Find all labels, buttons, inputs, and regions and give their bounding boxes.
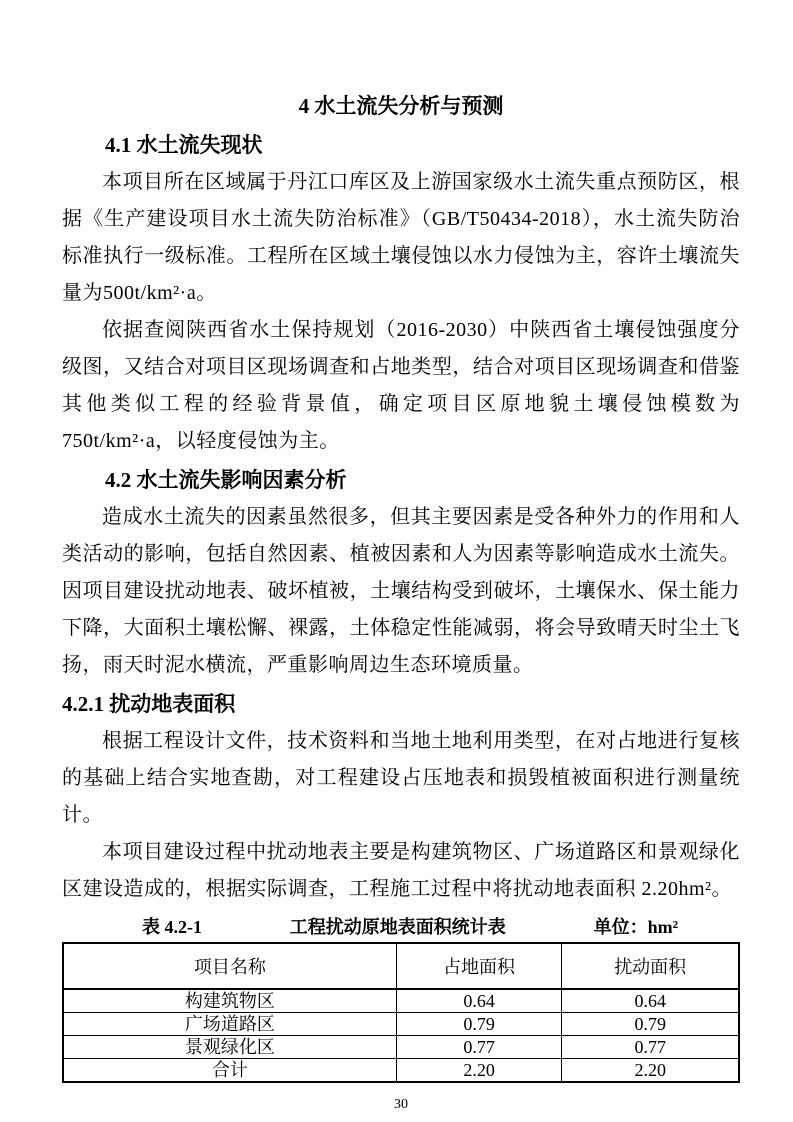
cell-project-name: 景观绿化区 [63, 1036, 396, 1059]
cell-project-name: 广场道路区 [63, 1013, 396, 1036]
table-title: 工程扰动原地表面积统计表 [290, 914, 506, 940]
paragraph-disturbed-area-1: 根据工程设计文件，技术资料和当地土地利用类型，在对占地进行复核的基础上结合实地查… [62, 723, 740, 834]
heading-4-1: 4.1 水土流失现状 [62, 127, 740, 164]
paragraph-soil-loss-status-1: 本项目所在区域属于丹江口库区及上游国家级水土流失重点预防区，根据《生产建设项目水… [62, 164, 740, 312]
cell-occupied-area: 0.79 [396, 1013, 562, 1036]
cell-disturbed-area: 0.79 [562, 1013, 739, 1036]
table-unit: 单位：hm² [594, 914, 678, 940]
column-header-project-name: 项目名称 [63, 943, 396, 989]
table-label: 表 4.2-1 [142, 914, 202, 940]
cell-disturbed-area: 0.64 [562, 989, 739, 1013]
paragraph-disturbed-area-2: 本项目建设过程中扰动地表主要是构建筑物区、广场道路区和景观绿化区建设造成的，根据… [62, 834, 740, 908]
heading-4-2: 4.2 水土流失影响因素分析 [62, 462, 740, 499]
table-row-total: 合计 2.20 2.20 [63, 1059, 739, 1083]
document-page: 4 水土流失分析与预测 4.1 水土流失现状 本项目所在区域属于丹江口库区及上游… [0, 0, 793, 1122]
disturbed-area-table: 项目名称 占地面积 扰动面积 构建筑物区 0.64 0.64 广场道路区 0.7… [62, 942, 740, 1083]
table-row: 广场道路区 0.79 0.79 [63, 1013, 739, 1036]
chapter-title: 4 水土流失分析与预测 [62, 88, 740, 125]
cell-disturbed-area: 0.77 [562, 1036, 739, 1059]
cell-occupied-area: 0.64 [396, 989, 562, 1013]
cell-disturbed-area: 2.20 [562, 1059, 739, 1083]
table-header-row: 项目名称 占地面积 扰动面积 [63, 943, 739, 989]
heading-4-2-1: 4.2.1 扰动地表面积 [62, 686, 740, 723]
cell-project-name: 构建筑物区 [63, 989, 396, 1013]
cell-occupied-area: 2.20 [396, 1059, 562, 1083]
page-number: 30 [62, 1097, 740, 1113]
column-header-occupied-area: 占地面积 [396, 943, 562, 989]
table-row: 构建筑物区 0.64 0.64 [63, 989, 739, 1013]
paragraph-influence-factors: 造成水土流失的因素虽然很多，但其主要因素是受各种外力的作用和人类活动的影响，包括… [62, 499, 740, 684]
paragraph-soil-loss-status-2: 依据查阅陕西省水土保持规划（2016-2030）中陕西省土壤侵蚀强度分级图，又结… [62, 312, 740, 460]
column-header-disturbed-area: 扰动面积 [562, 943, 739, 989]
cell-occupied-area: 0.77 [396, 1036, 562, 1059]
table-caption: 表 4.2-1 工程扰动原地表面积统计表 单位：hm² [62, 914, 740, 940]
cell-project-name: 合计 [63, 1059, 396, 1083]
table-row: 景观绿化区 0.77 0.77 [63, 1036, 739, 1059]
